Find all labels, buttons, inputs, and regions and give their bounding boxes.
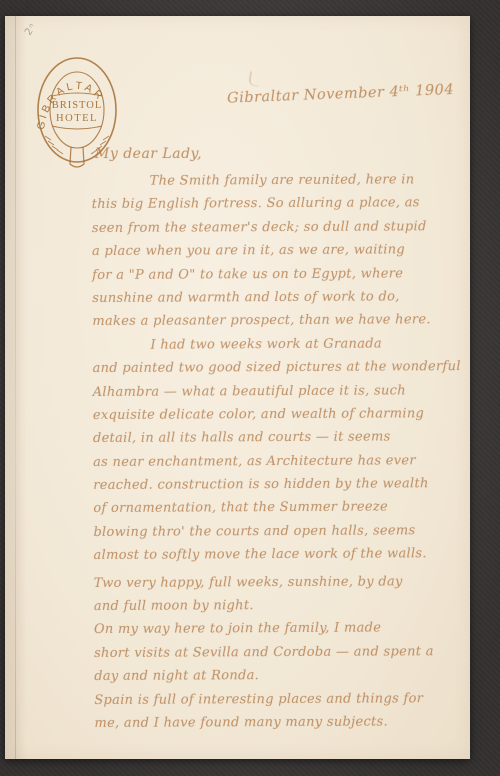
letter-line: and painted two good sized pictures at t… bbox=[93, 355, 461, 380]
letter-body: The Smith family are reunited, here in t… bbox=[92, 168, 463, 735]
letter-line: The Smith family are reunited, here in bbox=[92, 168, 460, 193]
letter-line: this big English fortress. So alluring a… bbox=[92, 191, 460, 216]
ink-smudge bbox=[248, 71, 261, 86]
letter-line: for a "P and O" to take us on to Egypt, … bbox=[92, 262, 460, 287]
letter-line: On my way here to join the family, I mad… bbox=[94, 616, 462, 641]
emblem-hotel-name-1: BRISTOL bbox=[52, 100, 103, 111]
letter-line: as near enchantment, as Architecture has… bbox=[93, 449, 461, 474]
letter-line: seen from the steamer's deck; so dull an… bbox=[92, 215, 460, 240]
fold-crease bbox=[15, 16, 16, 759]
emblem-hotel-name-2: HOTEL bbox=[56, 113, 98, 124]
letter-line: a place when you are in it, as we are, w… bbox=[92, 238, 460, 263]
scan-background: 2ⁿ GIBRALTAR BRISTOL HOTEL Gibraltar Nov… bbox=[0, 0, 500, 776]
dateline: Gibraltar November 4ᵗʰ 1904 bbox=[227, 81, 467, 106]
emblem-buckle-strap bbox=[70, 147, 84, 167]
letter-line: makes a pleasanter prospect, than we hav… bbox=[92, 308, 460, 333]
letter-line: I had two weeks work at Granada bbox=[92, 332, 460, 357]
letter-line: reached. construction is so hidden by th… bbox=[93, 472, 461, 497]
letter-line: Spain is full of interesting places and … bbox=[94, 687, 462, 712]
letter-page: 2ⁿ GIBRALTAR BRISTOL HOTEL Gibraltar Nov… bbox=[5, 16, 470, 759]
salutation: My dear Lady, bbox=[95, 146, 202, 162]
letter-line: of ornamentation, that the Summer breeze bbox=[93, 496, 461, 521]
letter-line: sunshine and warmth and lots of work to … bbox=[92, 285, 460, 310]
letter-line: Two very happy, full weeks, sunshine, by… bbox=[94, 570, 462, 595]
letter-line: exquisite delicate color, and wealth of … bbox=[93, 402, 461, 427]
pencil-annotation: 2ⁿ bbox=[23, 21, 39, 37]
letter-line: day and night at Ronda. bbox=[94, 663, 462, 688]
letter-line: almost to softly move the lace work of t… bbox=[93, 542, 461, 567]
letter-line: Alhambra — what a beautiful place it is,… bbox=[93, 379, 461, 404]
letter-line: and full moon by night. bbox=[94, 593, 462, 618]
letter-line: detail, in all its halls and courts — it… bbox=[93, 425, 461, 450]
letter-line: short visits at Sevilla and Cordoba — an… bbox=[94, 640, 462, 665]
letter-line: blowing thro' the courts and open halls,… bbox=[93, 519, 461, 544]
emblem-band-bottom bbox=[52, 126, 102, 129]
letter-line: me, and I have found many many subjects. bbox=[94, 710, 462, 735]
